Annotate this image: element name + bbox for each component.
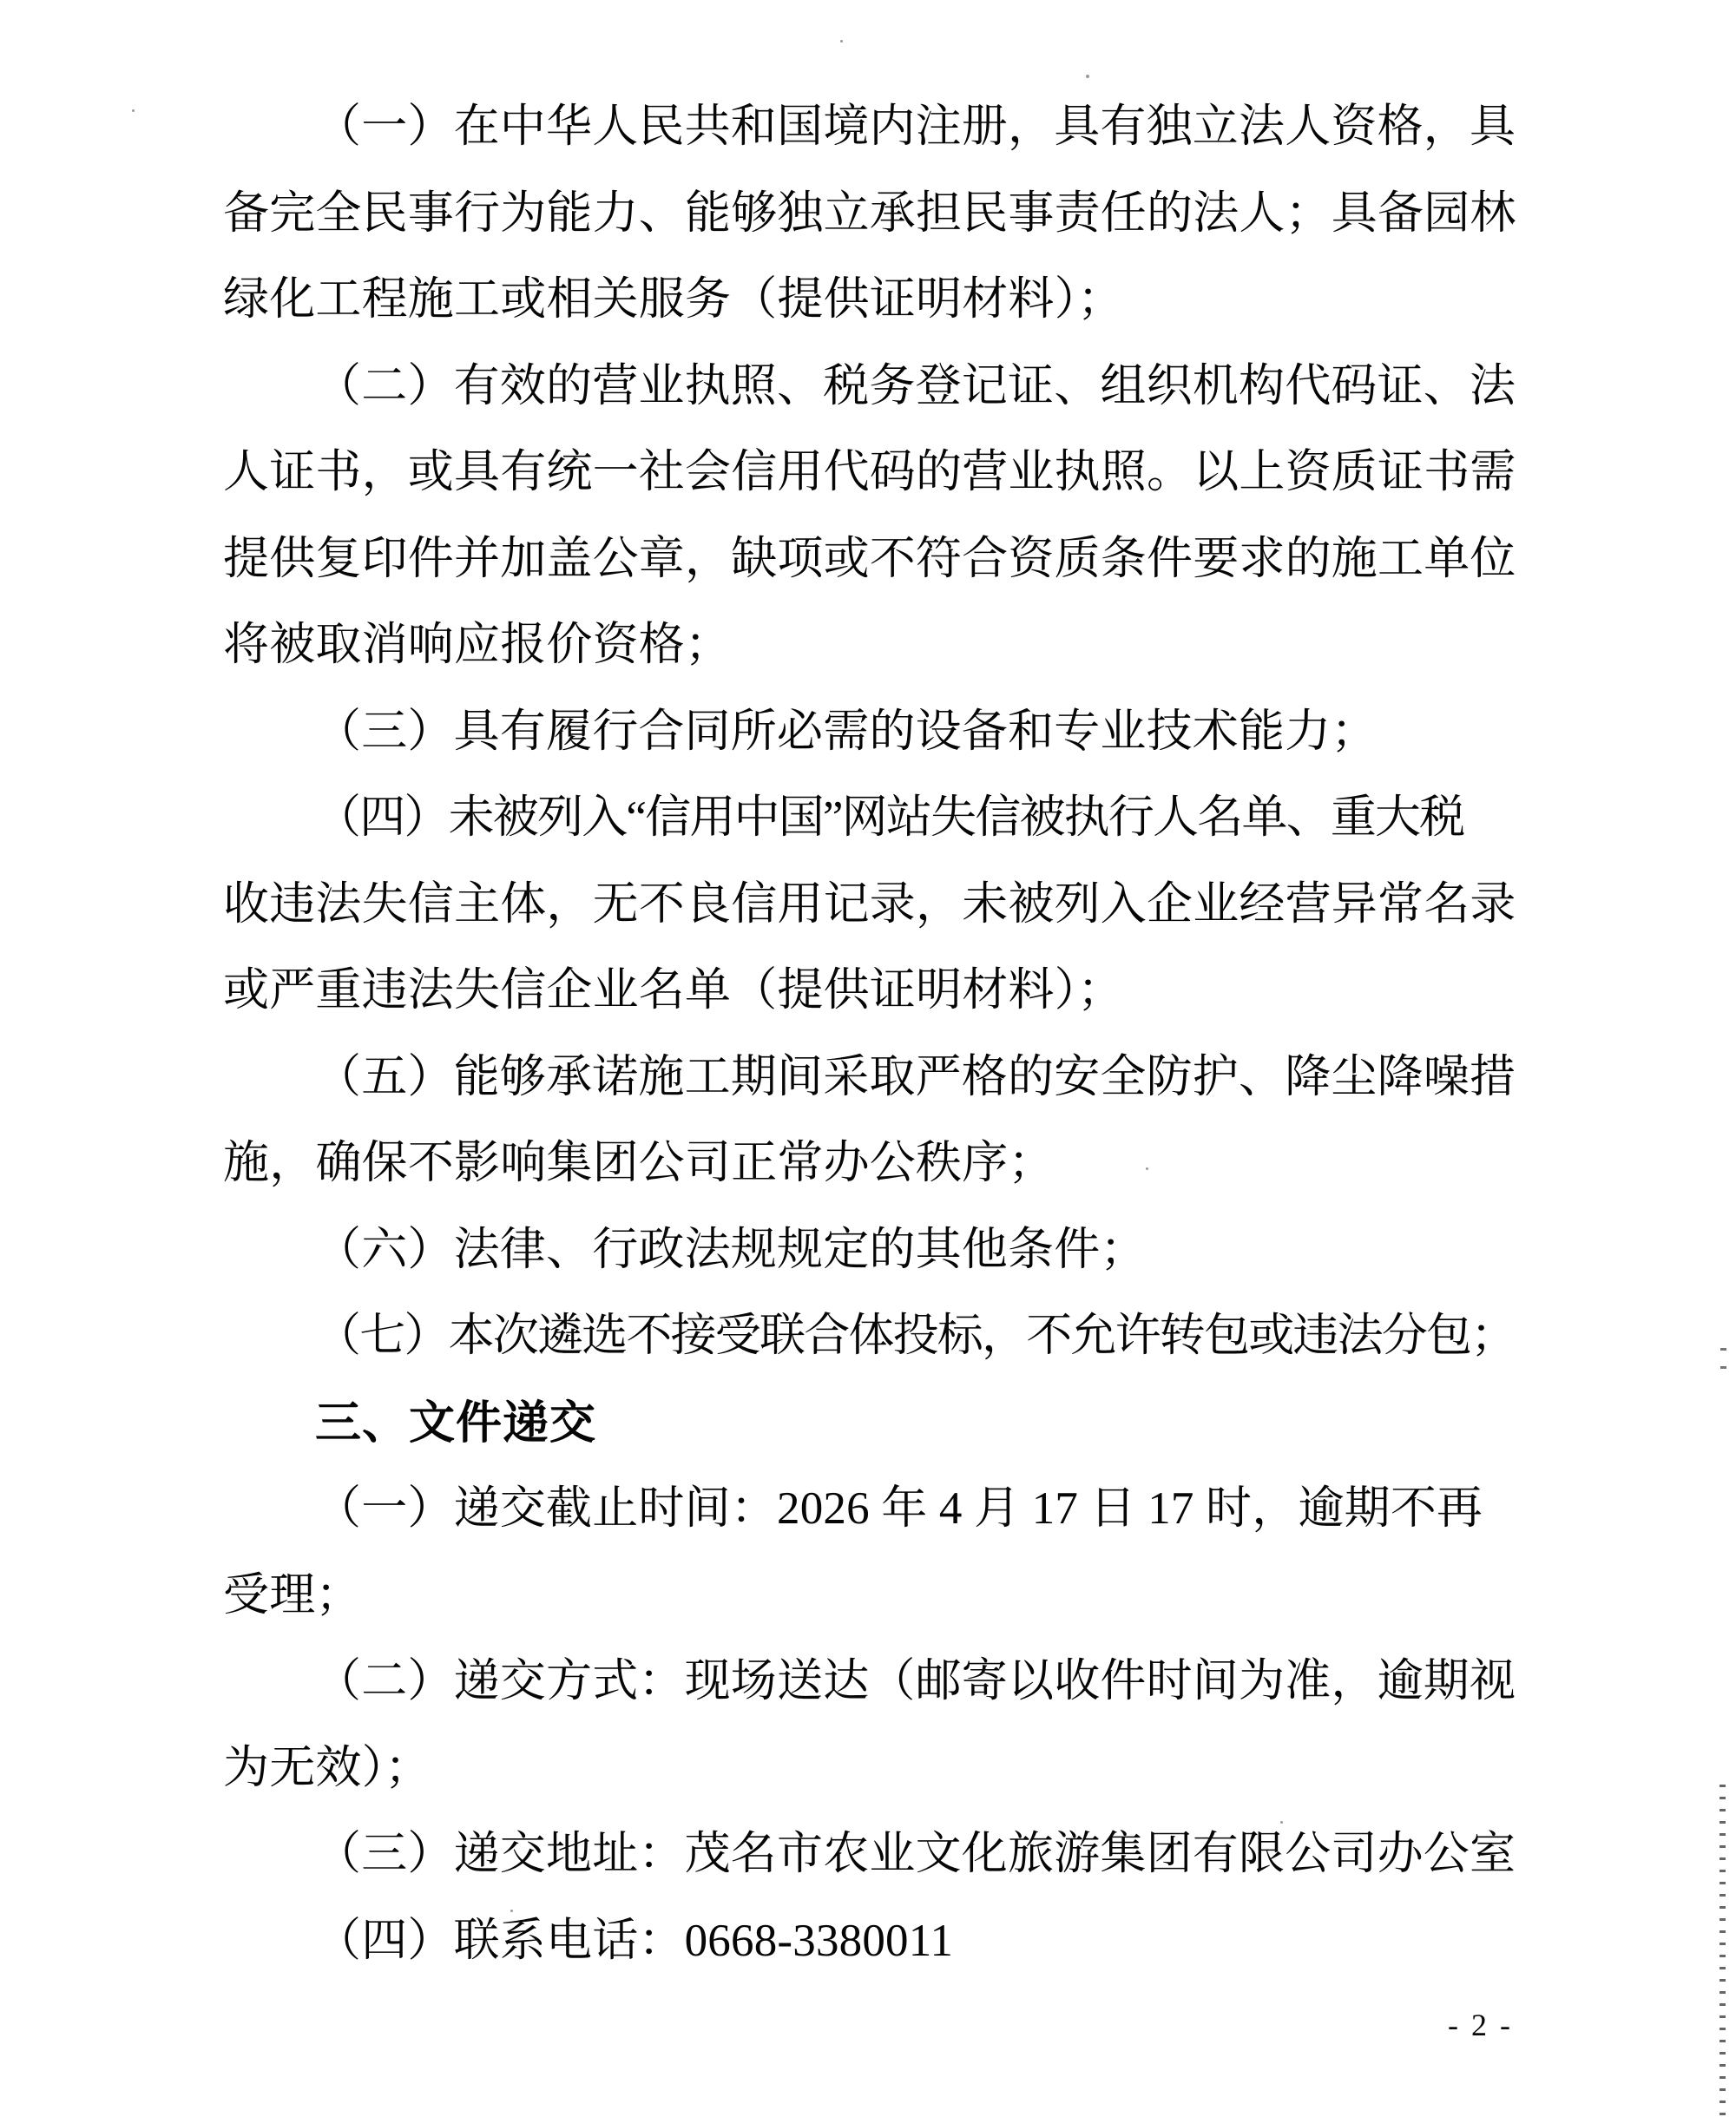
doc-line-1: （一）在中华人民共和国境内注册，具有独立法人资格，具 (223, 84, 1515, 171)
scan-speck (510, 1910, 513, 1912)
doc-line-11: 或严重违法失信企业名单（提供证明材料）； (223, 948, 1515, 1035)
doc-line-12: （五）能够承诺施工期间采取严格的安全防护、降尘降噪措 (223, 1035, 1515, 1121)
scan-speck (132, 109, 135, 112)
scan-edge-dash (1720, 1348, 1726, 1351)
doc-line-21: （三）递交地址：茂名市农业文化旅游集团有限公司办公室 (223, 1811, 1515, 1898)
scan-edge-dash (1720, 1366, 1726, 1369)
scan-speck (1280, 1821, 1283, 1824)
doc-line-18: 受理； (223, 1553, 1515, 1640)
page-number: - 2 - (1448, 2007, 1513, 2043)
section-heading-file-submission: 三、文件递交 (223, 1380, 1515, 1467)
doc-line-20: 为无效）； (223, 1726, 1515, 1812)
scan-speck (840, 40, 843, 43)
doc-line-19: （二）递交方式：现场送达（邮寄以收件时间为准，逾期视 (223, 1639, 1515, 1726)
scan-speck (1086, 75, 1089, 78)
doc-line-10: 收违法失信主体，无不良信用记录，未被列入企业经营异常名录 (223, 862, 1515, 949)
doc-line-15: （七）本次遴选不接受联合体投标，不允许转包或违法分包； (223, 1293, 1515, 1380)
doc-line-22: （四）联系电话：0668-3380011 (223, 1898, 1515, 1985)
doc-line-3: 绿化工程施工或相关服务（提供证明材料）； (223, 257, 1515, 344)
doc-line-4: （二）有效的营业执照、税务登记证、组织机构代码证、法 (223, 344, 1515, 431)
doc-line-9: （四）未被列入“信用中国”网站失信被执行人名单、重大税 (223, 775, 1515, 862)
document-body: （一）在中华人民共和国境内注册，具有独立法人资格，具 备完全民事行为能力、能够独… (223, 84, 1515, 1984)
doc-line-13: 施，确保不影响集团公司正常办公秩序； (223, 1121, 1515, 1207)
doc-line-5: 人证书，或具有统一社会信用代码的营业执照。以上资质证书需 (223, 430, 1515, 516)
doc-line-2: 备完全民事行为能力、能够独立承担民事责任的法人；具备园林 (223, 171, 1515, 258)
doc-line-17: （一）递交截止时间：2026 年 4 月 17 日 17 时，逾期不再 (223, 1466, 1515, 1553)
scan-edge-artifacts (1720, 1785, 1726, 2117)
doc-line-6: 提供复印件并加盖公章，缺项或不符合资质条件要求的施工单位 (223, 516, 1515, 603)
scan-speck (1146, 1167, 1148, 1170)
doc-line-7: 将被取消响应报价资格； (223, 602, 1515, 689)
scanned-document-page: （一）在中华人民共和国境内注册，具有独立法人资格，具 备完全民事行为能力、能够独… (0, 0, 1736, 2117)
doc-line-14: （六）法律、行政法规规定的其他条件； (223, 1207, 1515, 1294)
doc-line-8: （三）具有履行合同所必需的设备和专业技术能力； (223, 689, 1515, 776)
